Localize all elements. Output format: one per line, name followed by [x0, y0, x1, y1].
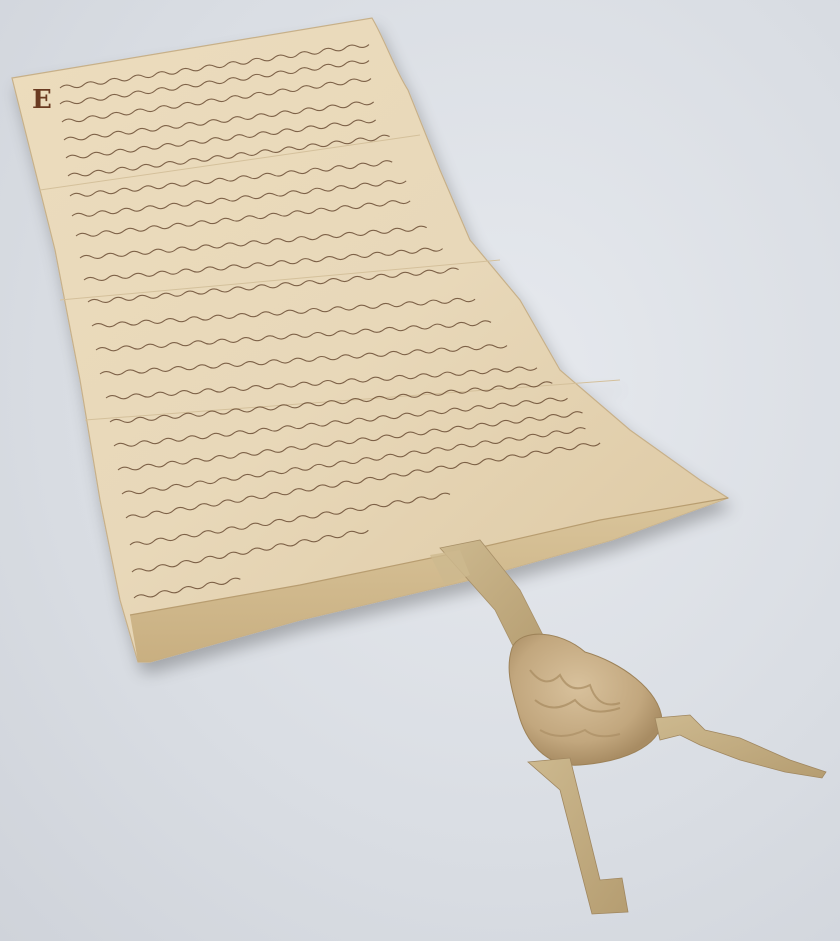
illuminated-initial: E [32, 85, 52, 115]
parchment-sheet [12, 18, 728, 662]
charter-illustration: E [0, 0, 840, 941]
photo-scene: Medieval parchment charter with pendant … [0, 0, 840, 941]
wax-seal [509, 634, 662, 765]
